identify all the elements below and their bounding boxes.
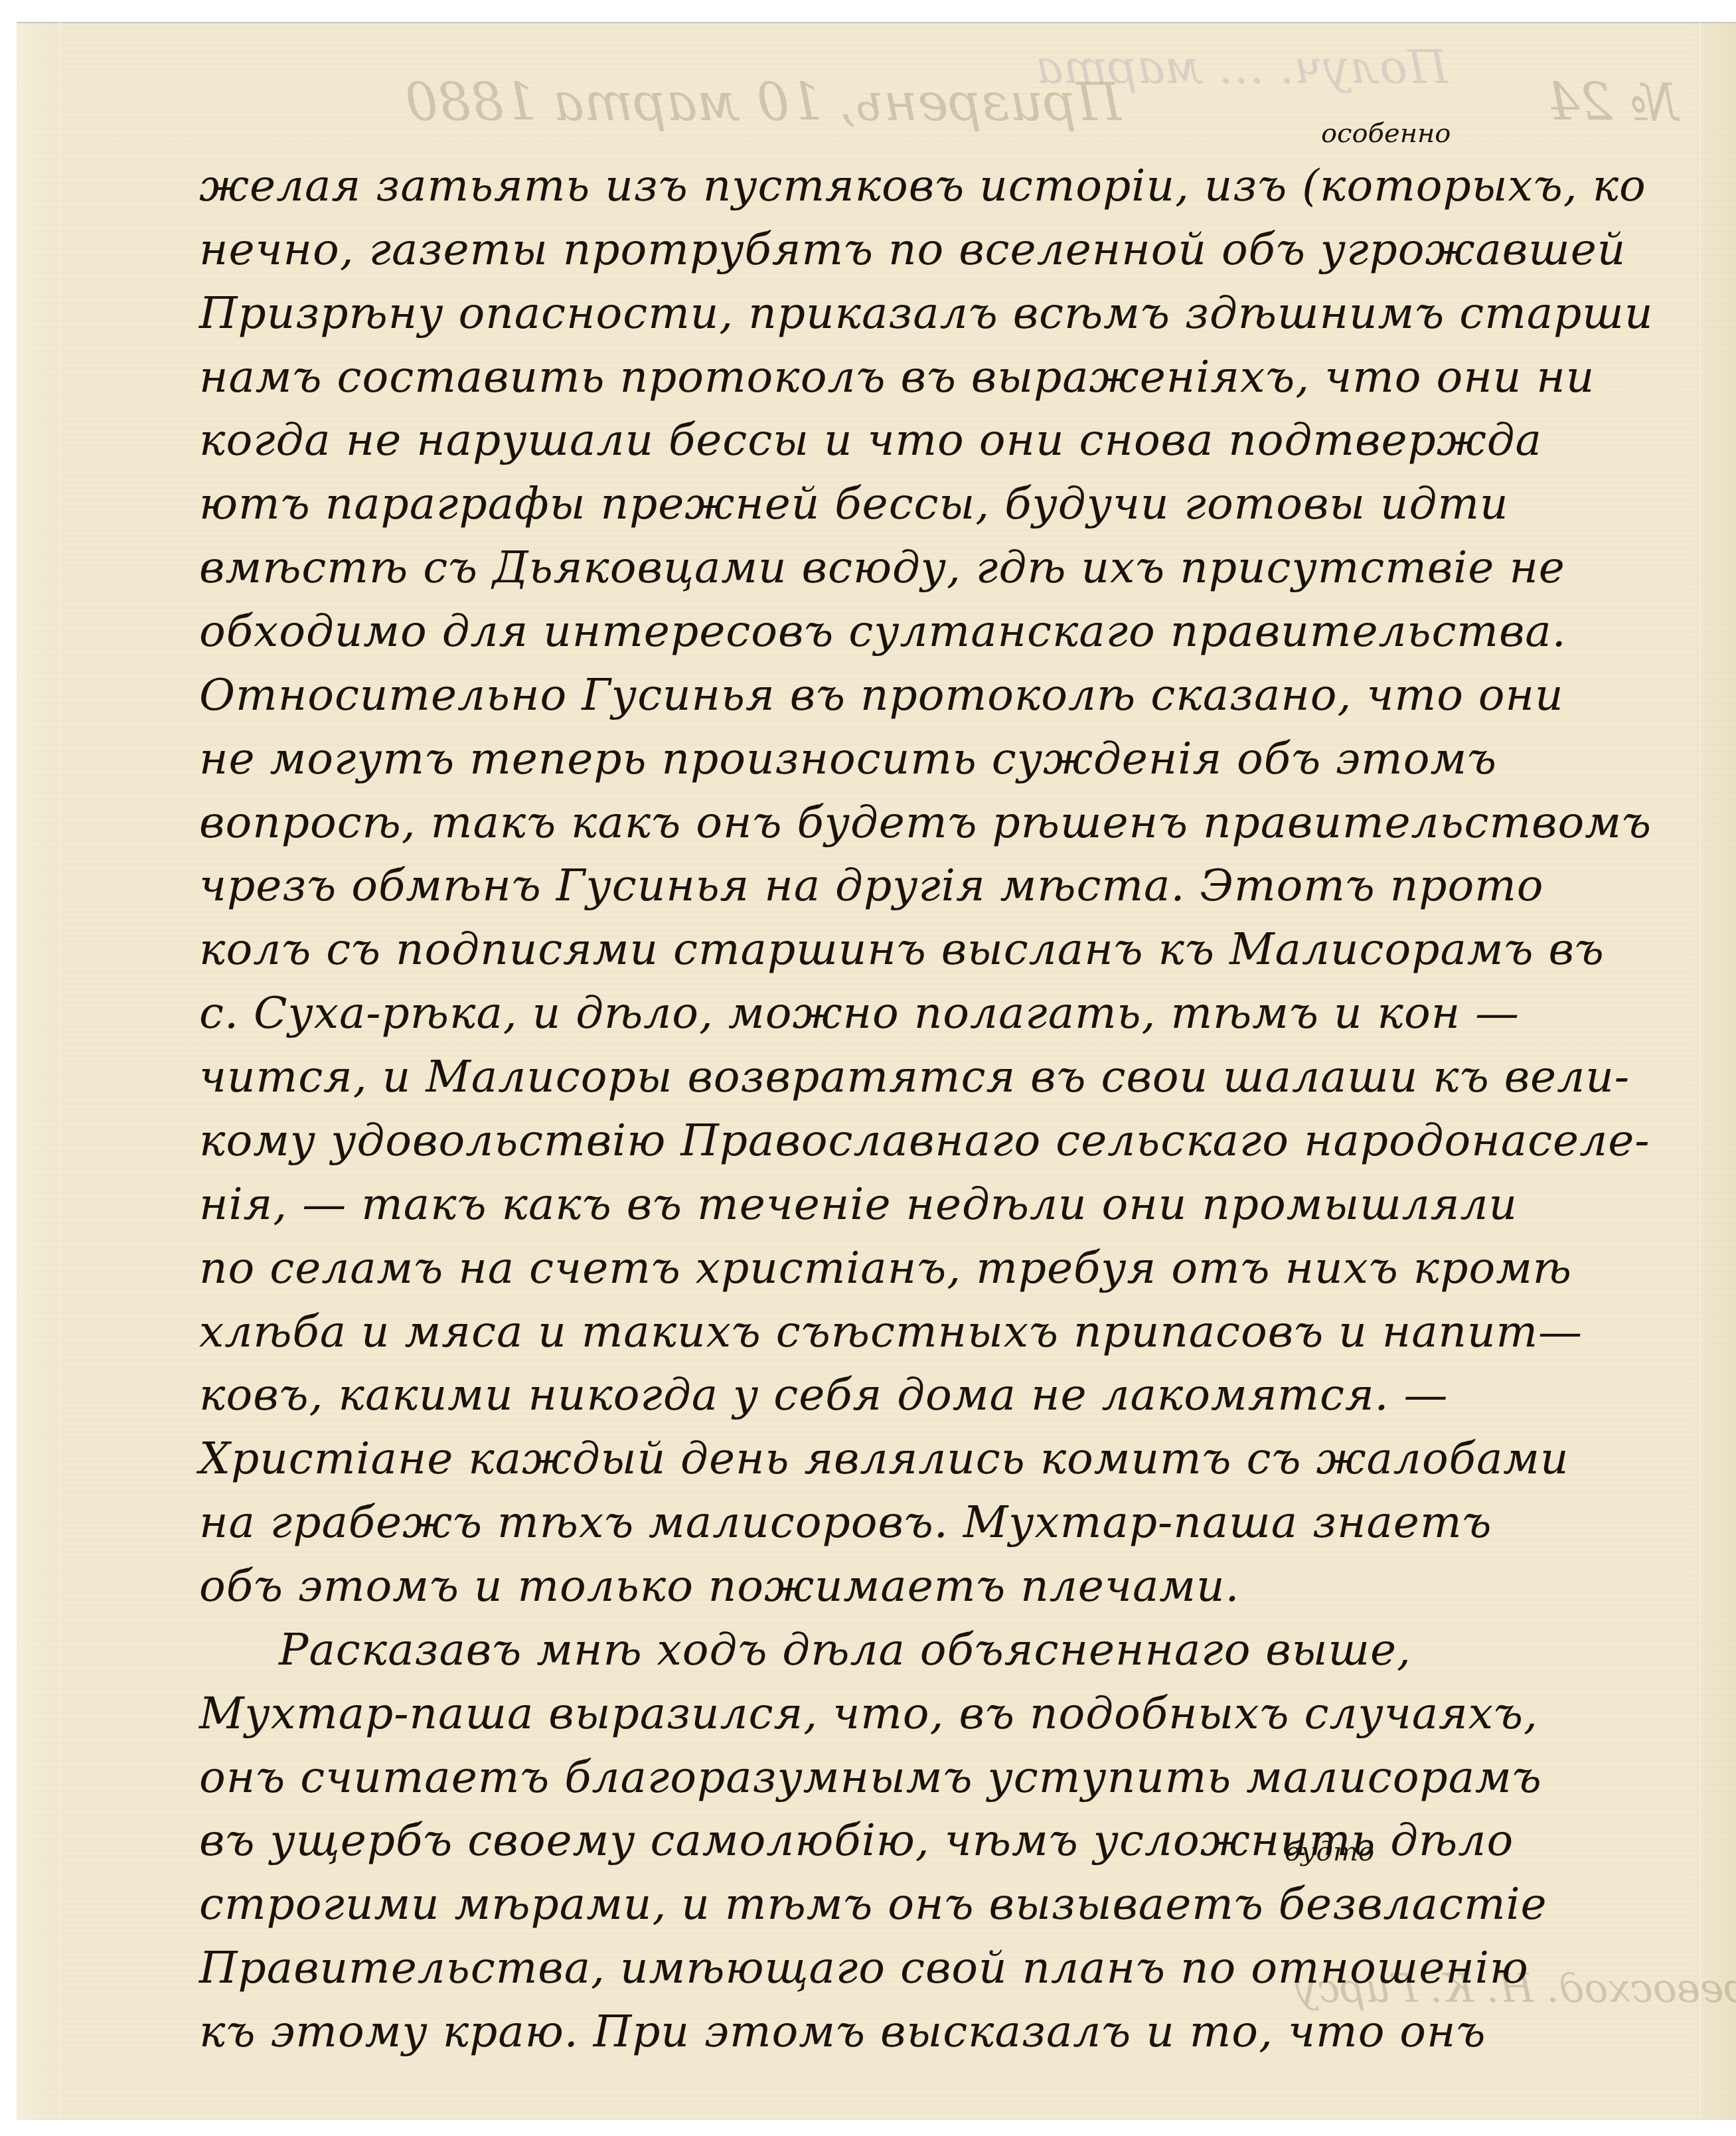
text-line: намъ составить протоколъ въ выраженіяхъ,… [199,351,1699,404]
text-line: вмѣстѣ съ Дьяковцами всюду, гдѣ ихъ прис… [199,541,1699,594]
text-line: Относительно Гусинья въ протоколѣ сказан… [199,669,1699,722]
text-line: онъ считаетъ благоразумнымъ уступить мал… [199,1751,1699,1804]
text-line: когда не нарушали бессы и что они снова … [199,414,1699,467]
text-line: чится, и Малисоры возвратятся въ свои ша… [199,1050,1699,1104]
text-line: на грабежъ тѣхъ малисоровъ. Мухтар-паша … [199,1496,1699,1549]
text-line: хлѣба и мяса и такихъ съѣстныхъ припасов… [199,1305,1699,1358]
text-line: кому удовольствію Православнаго сельскаг… [199,1114,1699,1167]
text-line: нія, — такъ какъ въ теченіе недѣли они п… [199,1178,1699,1231]
text-line: нечно, газеты протрубятъ по вселенной об… [199,223,1699,276]
text-line: обходимо для интересовъ султанскаго прав… [199,605,1699,658]
text-line: по селамъ на счетъ христіанъ, требуя отъ… [199,1242,1699,1295]
interlinear-note: особенно [1321,118,1451,149]
text-line: въ ущербъ своему самолюбію, чѣмъ усложни… [199,1814,1699,1867]
text-line: колъ съ подписями старшинъ высланъ къ Ма… [199,923,1699,976]
paper-fold-line [1699,22,1701,2119]
text-line: Правительства, имѣющаго свой планъ по от… [199,1941,1699,1995]
text-line: Христіане каждый день являлись комитъ съ… [199,1432,1699,1485]
text-line: ютъ параграфы прежней бессы, будучи гото… [199,477,1699,531]
text-line: не могутъ теперь произносить сужденія об… [199,732,1699,785]
text-line: с. Суха-рѣка, и дѣло, можно полагать, тѣ… [199,987,1699,1040]
text-line: къ этому краю. При этомъ высказалъ и то,… [199,2005,1699,2058]
text-line: Мухтар-паша выразился, что, въ подобныхъ… [199,1687,1699,1740]
text-line: желая затьять изъ пустяковъ исторіи, изъ… [199,159,1699,212]
text-line: вопросѣ, такъ какъ онъ будетъ рѣшенъ пра… [199,796,1699,849]
text-line: ковъ, какими никогда у себя дома не лако… [199,1368,1699,1422]
bleed-through-received-note: Получ. … марта [1036,40,1448,94]
text-line: чрезъ обмѣнъ Гусинья на другія мѣста. Эт… [199,859,1699,912]
text-line: Призрѣну опасности, приказалъ всѣмъ здѣш… [199,287,1699,340]
text-line-paragraph-start: Расказавъ мнѣ ходъ дѣла объясненнаго выш… [279,1623,1736,1677]
text-line: строгими мѣрами, и тѣмъ онъ вызываетъ бе… [199,1878,1699,1931]
bleed-through-date: Призрень, 10 марта 1880 [405,73,1121,133]
bleed-through-page-number: № 24 [1547,73,1678,133]
text-line: объ этомъ и только пожимаетъ плечами. [199,1560,1699,1613]
paper-fold-line [60,22,61,2119]
